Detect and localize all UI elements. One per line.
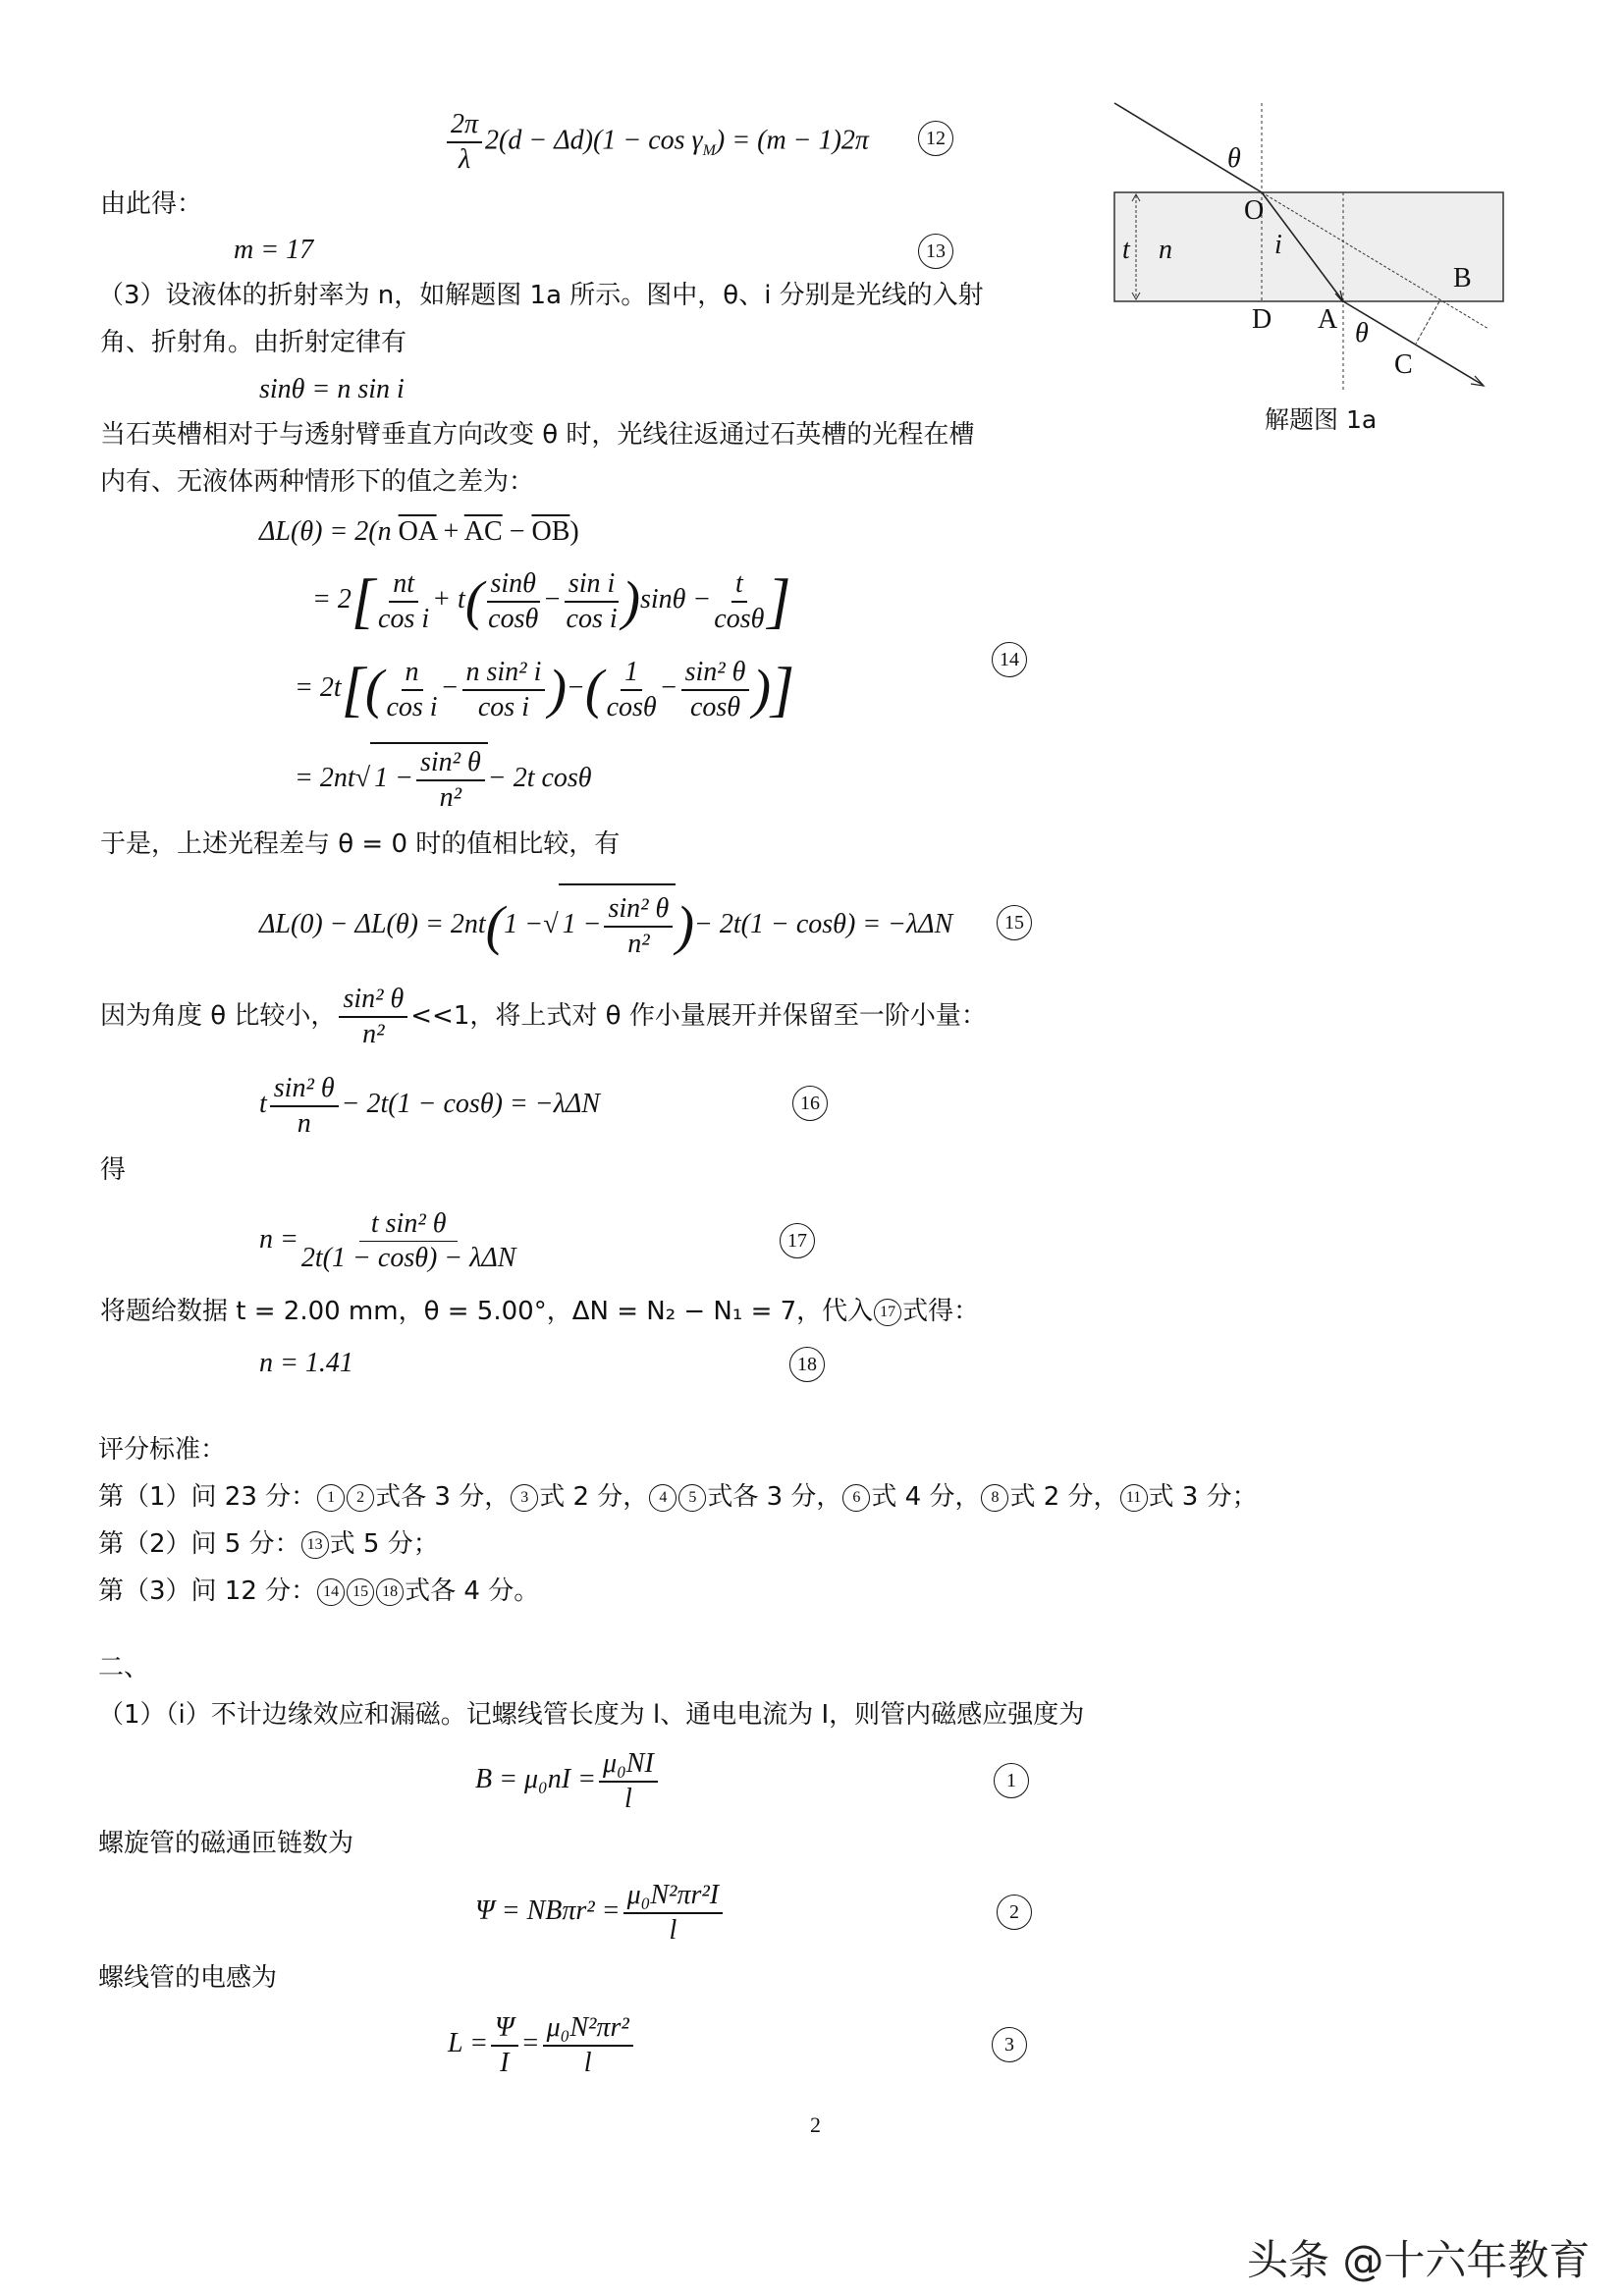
label-t: t	[1122, 234, 1130, 267]
page-number: 2	[810, 2112, 821, 2138]
grading-title: 评分标准：	[98, 1433, 226, 1467]
equation-13: m = 17	[234, 234, 313, 267]
equation-number: 18	[789, 1347, 825, 1382]
paragraph-substitute: 将题给数据 t = 2.00 mm，θ = 5.00°，ΔN = N₂ − N₁…	[100, 1295, 979, 1328]
equation-number: 17	[780, 1223, 815, 1258]
equation-14-line4: = 2nt√1 −sin² θn²− 2t cosθ	[295, 742, 592, 811]
equation-reference: 17	[874, 1299, 901, 1326]
watermark: 头条 @十六年教育	[1247, 2228, 1590, 2287]
grading-item-1: 第（1）问 23 分：12式各 3 分，3式 2 分，45式各 3 分，6式 4…	[98, 1480, 1258, 1514]
equation-16: tsin² θn− 2t(1 − cosθ) = −λΔN	[259, 1070, 600, 1139]
equation-number: 3	[992, 2027, 1027, 2062]
equation-15: ΔL(0) − ΔL(θ) = 2nt(1 −√1 −sin² θn²)− 2t…	[259, 883, 952, 962]
equation-18: n = 1.41	[259, 1347, 353, 1380]
paragraph-small-angle: 因为角度 θ 比较小，sin² θn²<<1，将上式对 θ 作小量展开并保留至一…	[100, 982, 987, 1050]
figure-caption: 解题图 1a	[1265, 400, 1377, 436]
equation-number: 14	[992, 642, 1027, 677]
label-theta-incident: θ	[1227, 142, 1241, 176]
equation-number: 13	[918, 234, 953, 269]
label-n: n	[1159, 234, 1172, 267]
equation-17: n =t sin² θ2t(1 − cosθ) − λΔN	[259, 1205, 518, 1274]
snell-law-equation: sinθ = n sin i	[259, 373, 405, 406]
equation-14-line2: = 2[ntcos i+ t(sinθcosθ−sin icos i)sinθ …	[312, 565, 791, 634]
equation-3: L =ΨI=μ₀N²πr²l	[448, 2009, 636, 2078]
section-heading: 二、	[98, 1651, 149, 1684]
equation-12: 2πλ2(d − Δd)(1 − cos γM) = (m − 1)2π	[444, 110, 869, 169]
equation-2: Ψ = NBπr² =μ₀N²πr²Il	[475, 1877, 726, 1946]
paragraph-intro-line1: （3）设液体的折射率为 n，如解题图 1a 所示。图中，θ、i 分别是光线的入射	[98, 279, 984, 312]
text-get: 得	[100, 1153, 126, 1187]
paragraph-compare: 于是，上述光程差与 θ = 0 时的值相比较，有	[100, 828, 620, 861]
paragraph-solenoid-intro: （1）（i）不计边缘效应和漏磁。记螺线管长度为 l、通电电流为 I，则管内磁感应…	[98, 1698, 1084, 1732]
label-B: B	[1453, 262, 1472, 295]
label-i: i	[1274, 229, 1282, 262]
text-hence: 由此得：	[100, 187, 202, 221]
equation-number: 1	[994, 1763, 1029, 1798]
text-flux: 螺旋管的磁通匝链数为	[98, 1827, 353, 1860]
grading-item-3: 第（3）问 12 分：141518式各 4 分。	[98, 1575, 539, 1608]
label-C: C	[1394, 348, 1413, 382]
equation-number: 2	[997, 1895, 1032, 1930]
equation-1: B = μ₀nI =μ₀NIl	[475, 1745, 661, 1814]
label-O: O	[1244, 194, 1264, 228]
equation-number: 12	[918, 121, 953, 156]
label-theta-exit: θ	[1355, 317, 1369, 350]
fraction: 2πλ	[447, 110, 482, 175]
equation-14-line1: ΔL(θ) = 2(n OA + AC − OB)	[259, 515, 579, 549]
equation-number: 16	[792, 1086, 828, 1121]
equation-number: 15	[997, 905, 1032, 940]
grading-item-2: 第（2）问 5 分：13式 5 分；	[98, 1527, 439, 1561]
label-A: A	[1318, 303, 1337, 337]
paragraph-path-line2: 内有、无液体两种情形下的值之差为：	[100, 465, 534, 499]
refraction-diagram: θ O i t n D A θ B C	[1100, 93, 1551, 447]
paragraph-intro-line2: 角、折射角。由折射定律有	[100, 326, 406, 359]
paragraph-path-line1: 当石英槽相对于与透射臂垂直方向改变 θ 时，光线往返通过石英槽的光程在槽	[100, 418, 974, 452]
text-inductance: 螺线管的电感为	[98, 1961, 277, 1995]
label-D: D	[1252, 303, 1272, 337]
equation-14-line3: = 2t[(ncos i−n sin² icos i)−(1cosθ−sin² …	[295, 654, 794, 722]
diagram-svg	[1100, 93, 1551, 447]
